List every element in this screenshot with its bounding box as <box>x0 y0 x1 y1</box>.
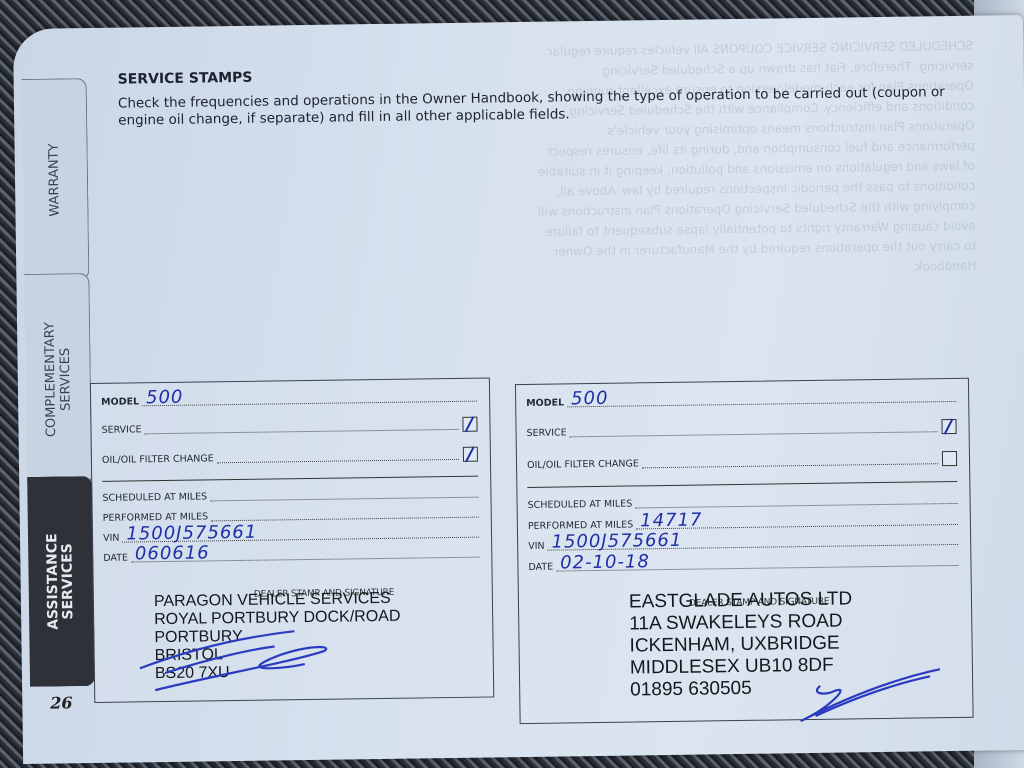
model-value: 500 <box>571 388 609 410</box>
oil-change-checkbox[interactable] <box>942 451 957 466</box>
vin-label: VIN <box>528 541 545 554</box>
date-label: DATE <box>103 553 128 566</box>
model-label: MODEL <box>526 397 564 411</box>
service-field: SERVICE <box>526 417 956 441</box>
service-label: SERVICE <box>527 427 567 441</box>
scheduled-miles-field[interactable]: SCHEDULED AT MILES <box>102 483 478 506</box>
date-value: 060616 <box>135 542 210 564</box>
page-number: 26 <box>50 693 73 712</box>
dealer-stamp: PARAGON VEHICLE SERVICES ROYAL PORTBURY … <box>154 590 402 683</box>
date-value: 02-10-18 <box>560 551 650 573</box>
divider <box>527 481 957 488</box>
dealer-stamp: EASTGLADE AUTOS LTD 11A SWAKELEYS ROAD I… <box>629 588 854 701</box>
tab-complementary-services[interactable]: COMPLEMENTARYSERVICES <box>24 273 92 486</box>
tab-warranty[interactable]: WARRANTY <box>22 78 90 281</box>
scheduled-miles-field[interactable]: SCHEDULED AT MILES <box>527 489 957 513</box>
date-label: DATE <box>528 562 553 575</box>
service-stamp-1: MODEL 500 SERVICE OIL/OIL FILTER CHANGE … <box>90 377 494 703</box>
oil-change-field: OIL/OIL FILTER CHANGE <box>102 445 478 468</box>
date-field[interactable]: DATE 060616 <box>103 543 479 566</box>
performed-miles-value: 14717 <box>640 510 703 532</box>
vin-value: 1500J575661 <box>551 530 682 553</box>
tab-assistance-services[interactable]: ASSISTANCESERVICES <box>27 476 95 687</box>
model-field[interactable]: MODEL 500 <box>526 387 956 411</box>
service-stamp-2: MODEL 500 SERVICE OIL/OIL FILTER CHANGE … <box>515 378 974 724</box>
vin-field[interactable]: VIN 1500J575661 <box>528 530 958 554</box>
oil-change-label: OIL/OIL FILTER CHANGE <box>102 453 214 468</box>
handbook-page: SCHEDULED SERVICING SERVICE COUPONS All … <box>13 15 1024 764</box>
vin-label: VIN <box>103 533 120 546</box>
model-field[interactable]: MODEL 500 <box>101 387 477 410</box>
tab-assistance-label: ASSISTANCESERVICES <box>45 533 76 630</box>
service-checkbox[interactable] <box>941 419 956 434</box>
oil-change-label: OIL/OIL FILTER CHANGE <box>527 458 639 473</box>
service-checkbox[interactable] <box>462 417 477 432</box>
date-field[interactable]: DATE 02-10-18 <box>528 551 958 575</box>
model-value: 500 <box>146 387 184 409</box>
service-label: SERVICE <box>101 424 141 438</box>
scheduled-miles-label: SCHEDULED AT MILES <box>528 498 633 512</box>
vin-value: 1500J575661 <box>126 522 257 545</box>
oil-change-checkbox[interactable] <box>463 447 478 462</box>
page-title: SERVICE STAMPS <box>118 70 253 88</box>
tab-complementary-label: COMPLEMENTARYSERVICES <box>42 322 74 437</box>
model-label: MODEL <box>101 396 139 410</box>
oil-change-field: OIL/OIL FILTER CHANGE <box>527 449 957 473</box>
tab-warranty-label: WARRANTY <box>47 143 63 216</box>
scheduled-miles-label: SCHEDULED AT MILES <box>102 491 207 505</box>
service-field: SERVICE <box>101 415 477 438</box>
divider <box>102 476 478 482</box>
